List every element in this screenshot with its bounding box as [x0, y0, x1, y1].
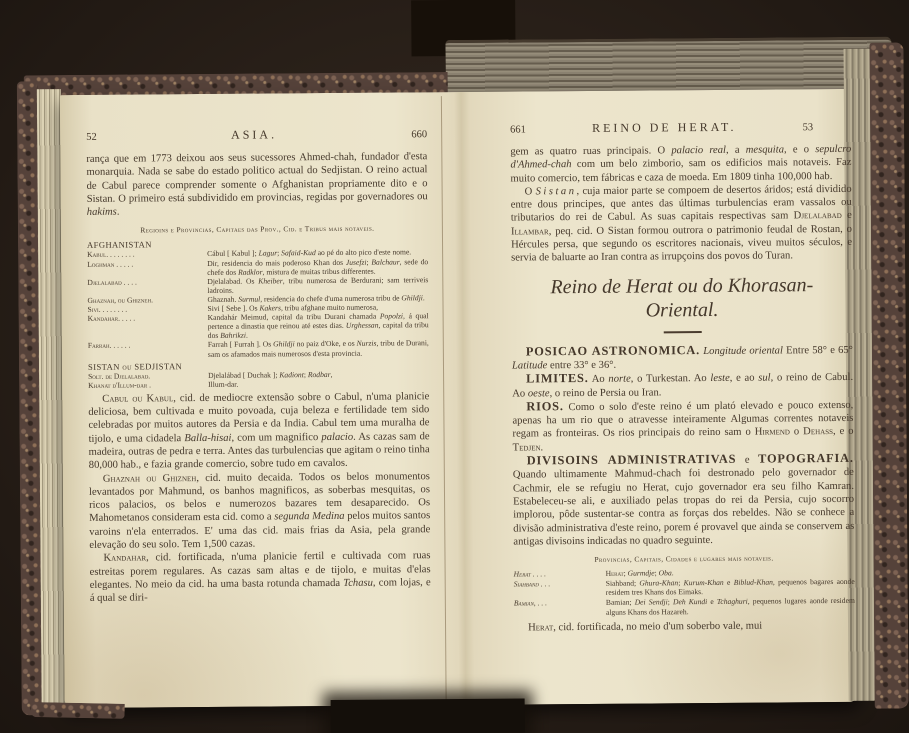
paragraph-intro: rança que em 1773 deixou aos seus sucess…	[86, 150, 428, 219]
row-desc: Djelalabad. Os Kheiber, tribu numerosa d…	[207, 275, 428, 295]
table-row: Bamian, . . . Bamian; Dei Sendji; Deh Ku…	[514, 596, 855, 617]
right-folio: 661	[510, 124, 526, 135]
row-desc: Bamian; Dei Sendji; Deh Kundi e Tchaghur…	[606, 596, 855, 616]
row-name: Farrah. . . . . .	[88, 340, 208, 359]
table-row: Kandahar. . . . . Kandahár Meimud, capit…	[88, 311, 429, 341]
left-folio: 660	[411, 129, 427, 140]
row-name: Khanat d'Illum-dar .	[88, 380, 208, 390]
chapter-heading: Reino de Herat ou do Khorasan-Oriental.	[526, 273, 838, 323]
row-name: Loghman . . . . .	[87, 259, 207, 278]
left-page-number: 52	[86, 132, 97, 143]
photo-background: 52 ASIA. 660 rança que em 1773 deixou ao…	[0, 0, 909, 733]
right-table-caption: Provincias, Capitais, Cidades e lugares …	[513, 553, 854, 565]
table-row: Farrah. . . . . . Farrah [ Furrah ]. Os …	[88, 339, 429, 360]
paragraph-ghaznah: Ghaznah ou Ghizneh, cid. muito decaida. …	[89, 470, 431, 552]
row-name: Siahband . . .	[514, 579, 606, 598]
row-name: Djelalabad . . . .	[87, 277, 207, 296]
paragraph-kandahar: Kandahar, cid. fortificada, n'uma planic…	[89, 550, 430, 606]
left-page-header: 52 ASIA. 660	[86, 126, 427, 144]
paragraph-herat: Herat, cid. fortificada, no meio d'um so…	[514, 618, 855, 634]
table-row: Siahband . . . Siahband; Ghura-Khan; Kur…	[514, 577, 855, 598]
right-page-number: 53	[803, 122, 814, 133]
paragraph-cabul: Cabul ou Kabul, cid. de mediocre extensã…	[88, 390, 430, 472]
paragraph-divisoins: DIVISOINS ADMINISTRATIVAS e TOPOGRAFIA. …	[513, 452, 855, 549]
left-page: 52 ASIA. 660 rança que em 1773 deixou ao…	[86, 126, 431, 605]
row-desc: Dir, residencia do mais poderoso Khan do…	[207, 257, 428, 277]
paragraph-rios: RIOS. Como o solo d'este reino é um plat…	[512, 398, 853, 455]
paragraph-limites: LIMITES. Ao norte, o Turkestan. Ao leste…	[512, 370, 853, 400]
right-page: 661 REINO DE HERAT. 53 gem as quatro rua…	[510, 119, 855, 635]
row-name: Herat . . . .	[514, 569, 606, 579]
left-table-caption: Regioins e Provincias, Capitaes das Prov…	[87, 224, 428, 236]
paragraph-continuation: gem as quatro ruas principais. O palacio…	[510, 143, 851, 186]
book-cover-edge-right	[869, 42, 908, 708]
section-rule	[663, 331, 701, 333]
right-running-title: REINO DE HERAT.	[592, 120, 737, 136]
spine-shadow-bottom	[331, 698, 525, 733]
row-desc: Farrah [ Furrah ]. Os Ghildji no paiz d'…	[208, 339, 429, 359]
paragraph-posicao: POSICAO ASTRONOMICA. Longitude oriental …	[512, 343, 853, 373]
row-desc: Kandahár Meimud, capital da tribu Durani…	[208, 311, 429, 340]
book-cover-corner-bottom-left	[31, 702, 125, 719]
right-page-header: 661 REINO DE HERAT. 53	[510, 119, 851, 137]
left-running-title: ASIA.	[231, 127, 277, 142]
row-name: Kandahar. . . . .	[88, 313, 208, 341]
row-name: Bamian, . . .	[514, 598, 606, 617]
row-desc: Siahband; Ghura-Khan; Kurum-Khan e Biblu…	[606, 577, 855, 597]
open-book: 52 ASIA. 660 rança que em 1773 deixou ao…	[0, 0, 909, 733]
row-desc: Illum-dar.	[208, 378, 429, 389]
paragraph-sistan: O Sistan, cuja maior parte se compoem de…	[511, 183, 853, 265]
